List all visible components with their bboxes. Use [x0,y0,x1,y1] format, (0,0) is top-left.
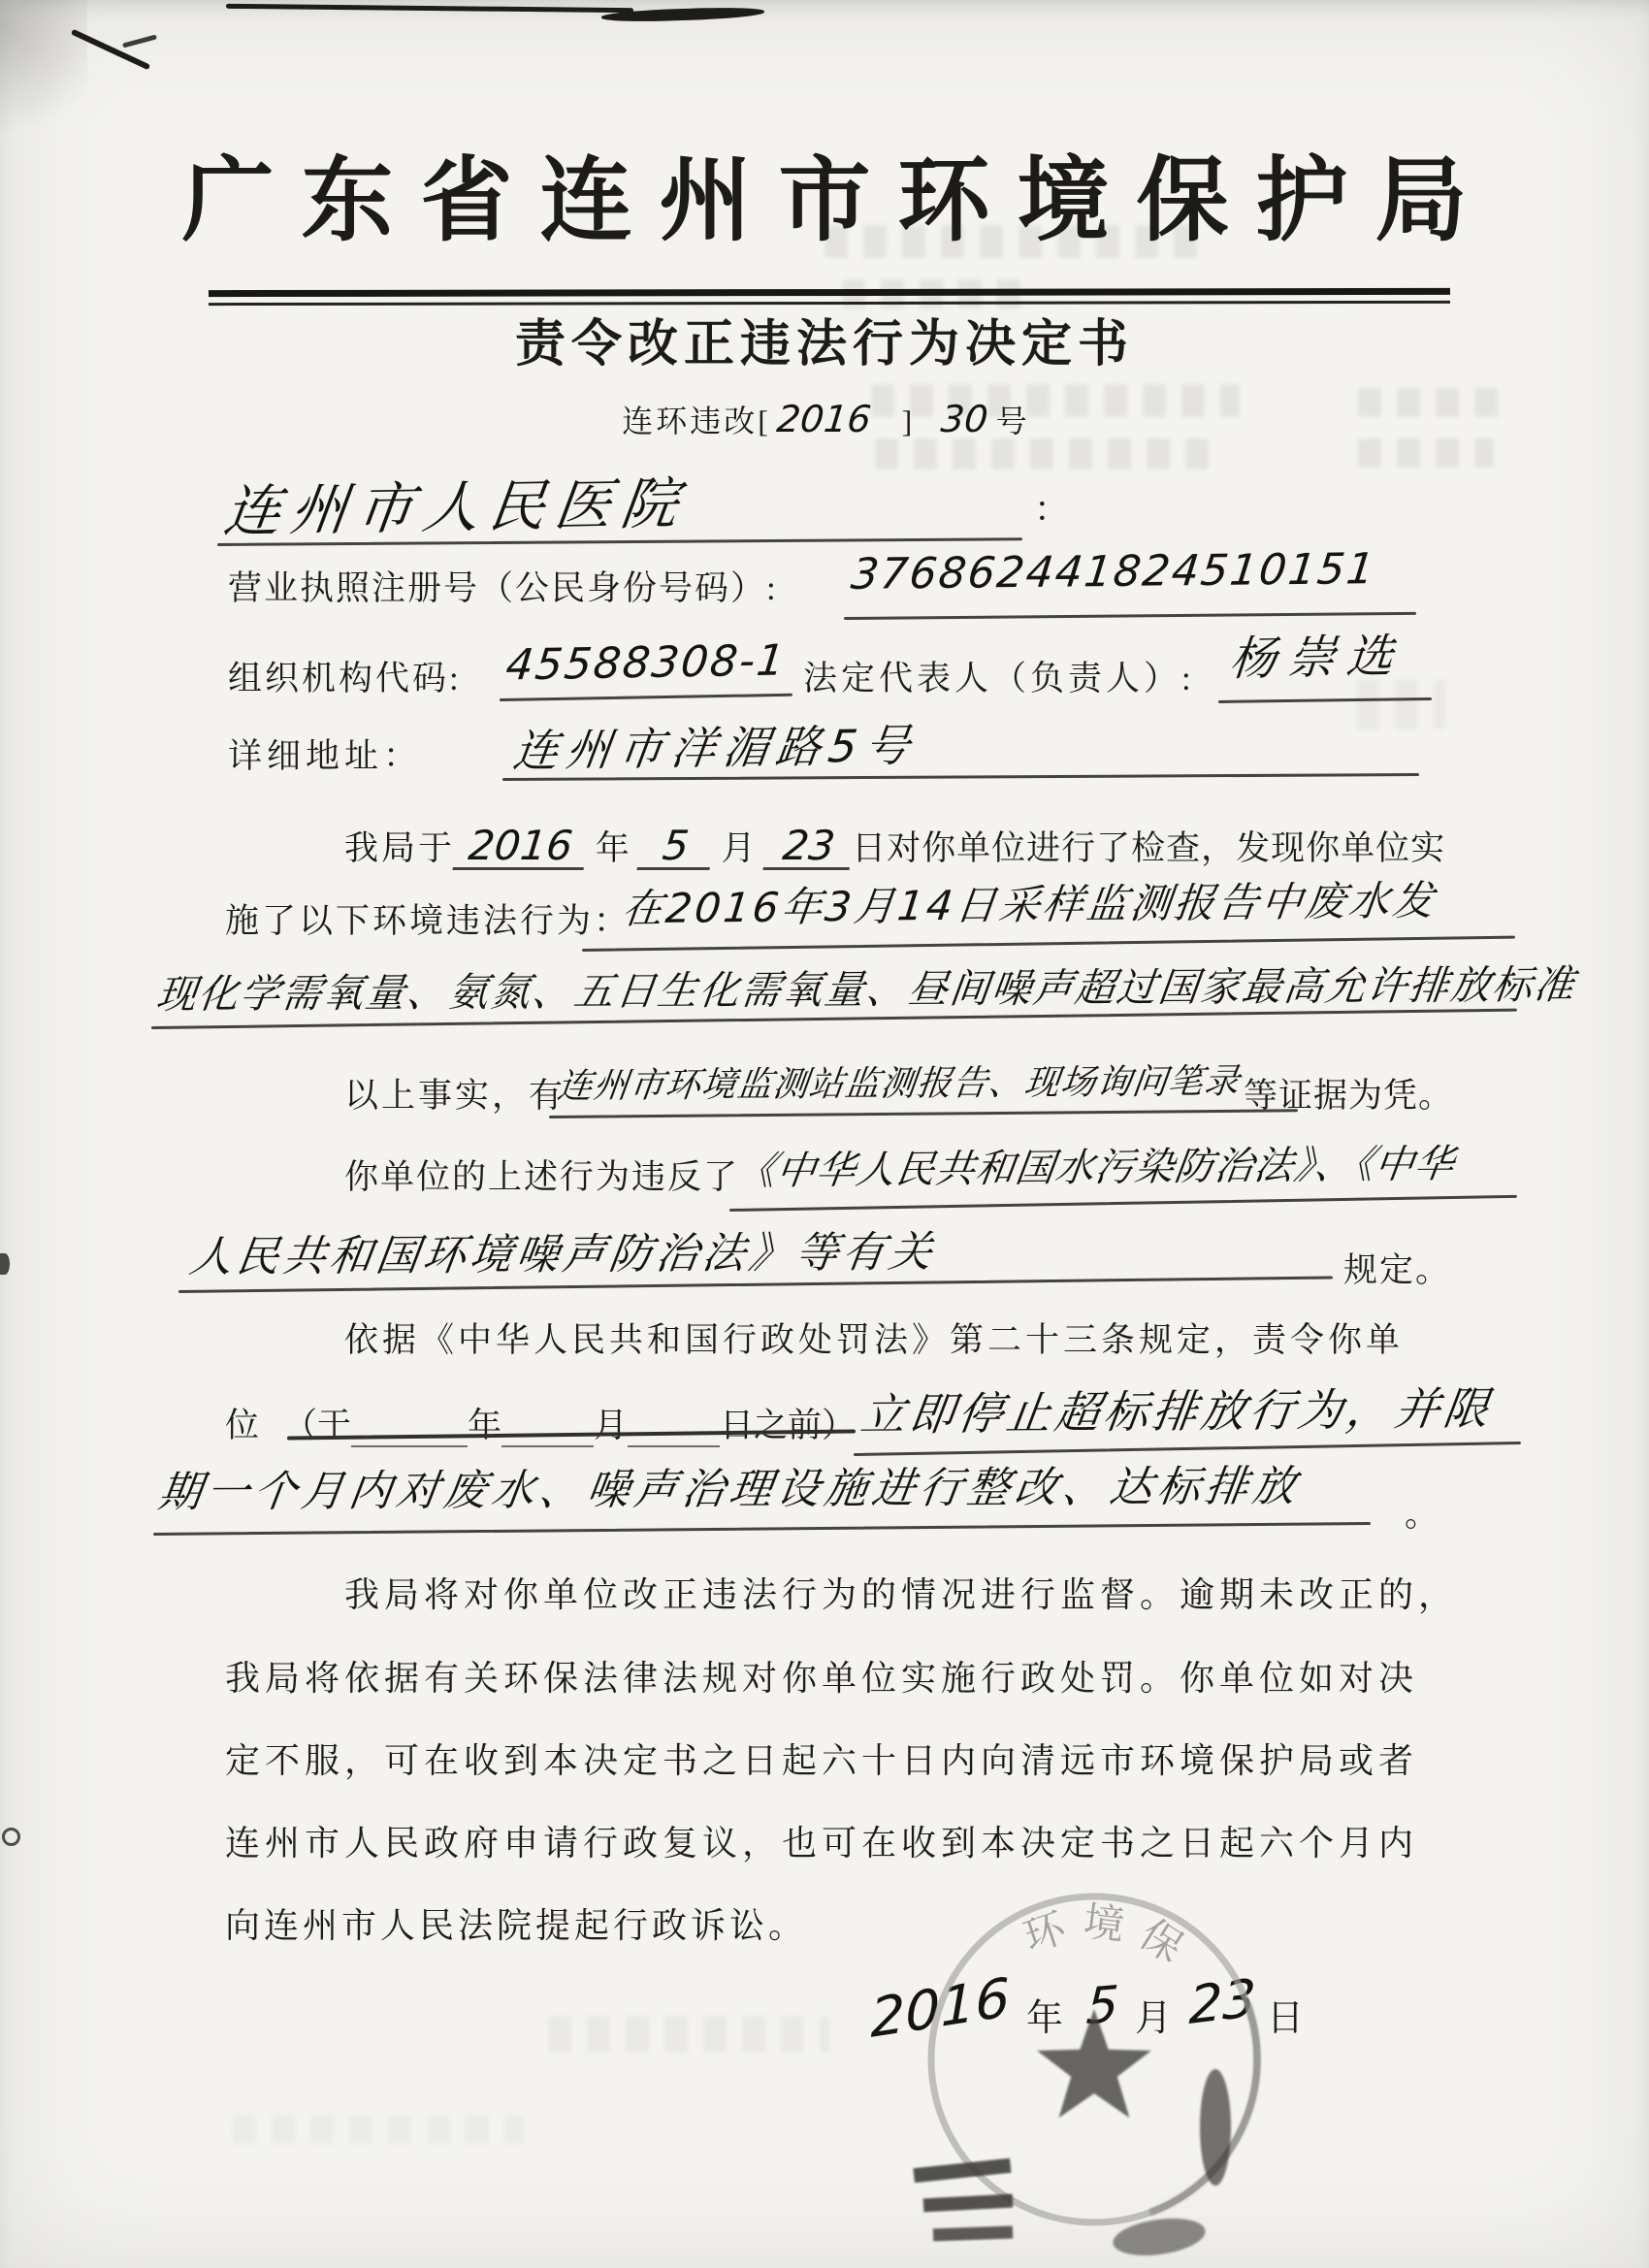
license-value-handwritten: 376862441824510151 [849,546,1378,599]
doc-number-suffix: 号 [996,402,1027,440]
order-line1: 依据《中华人民共和国行政处罚法》第二十三条规定，责令你单 [344,1319,1404,1362]
order-struck-p3: 月 [594,1405,628,1447]
bleed-through-ghost [1356,679,1445,729]
inspection-month-handwritten: 5 [636,825,714,870]
evidence-underline [549,1109,1298,1118]
bleed-through-ghost [1358,438,1494,468]
document-title: 责令改正违法行为决定书 [0,313,1649,376]
closing-line-1: 我局将对你单位改正违法行为的情况进行监督。逾期未改正的， [344,1573,1458,1617]
recipient-colon: ： [1034,488,1069,532]
doc-number-prefix: 连环违改[ [622,402,771,440]
org-code-underline [500,694,792,701]
scan-edge-streak [226,4,633,13]
closing-line-4: 连州市人民政府申请行政复议，也可在收到本决定书之日起六个月内 [225,1822,1418,1865]
license-underline [844,612,1416,620]
evidence-suffix: 等证据为凭。 [1244,1075,1453,1118]
order-handwritten-line1: 立即停止超标排放行为，并限 [857,1384,1496,1440]
bleed-through-ghost [875,438,1224,470]
breach-handwritten-line2: 人民共和国环境噪声防治法》等有关 [186,1229,938,1281]
inspection-prefix: 我局于 [344,827,455,870]
address-label: 详细地址： [228,735,422,778]
agency-title: 广东省连州市环境保护局 [0,144,1649,259]
seal-arc-text-wrap: 环境保 [1018,1899,1202,1979]
closing-line-5: 向连州市人民法院提起行政诉讼。 [225,1904,807,1948]
inspection-line: 我局于 2016 年 5 月 23 日对你单位进行了检查，发现你单位实 [344,825,1445,870]
bleed-through-ghost [233,2115,524,2144]
seal-ink-bar [933,2226,1013,2242]
order-blank-year [351,1412,468,1447]
order-struck-p2: 年 [468,1405,501,1447]
scanned-document-page: 广东省连州市环境保护局 责令改正违法行为决定书 连环违改[ 2016 ] 30 … [0,0,1649,2268]
order-period: 。 [1405,1494,1439,1537]
closing-line-3: 定不服，可在收到本决定书之日起六十日内向清远市环境保护局或者 [225,1739,1418,1783]
seal-ink-bar [913,2158,1011,2183]
doc-number-year-handwritten: 2016 [775,400,873,440]
edge-blot [2,1828,20,1846]
inspection-tail: 日对你单位进行了检查，发现你单位实 [852,827,1445,870]
bleed-through-ghost [548,2016,829,2053]
seal-ink-blotch [1200,2069,1231,2186]
evidence-prefix: 以上事实，有 [344,1075,566,1118]
order-underline-1 [854,1442,1521,1456]
order-underline-2 [153,1522,1371,1536]
doc-number-bracket: ] [902,402,913,440]
violation-handwritten-line1: 在2016年3月14日采样监测报告中废水发 [620,879,1439,932]
breach-handwritten-line1: 《中华人民共和国水污染防治法》、《中华 [734,1143,1458,1193]
evidence-handwritten: 连州市环境监测站监测报告、现场询问笔录 [555,1063,1242,1107]
scratch-mark [122,34,157,48]
org-code-label: 组织机构代码: [228,658,462,700]
edge-blot [0,1253,10,1275]
closing-line-2: 我局将依据有关环保法律法规对你单位实施行政处罚。你单位如对决 [225,1657,1418,1701]
header-rule-thick [209,288,1450,297]
doc-number-line: 连环违改[ 2016 ] 30 号 [0,400,1649,440]
seal-star-icon [1037,2009,1151,2118]
license-label: 营业执照注册号（公民身份号码）: [228,567,778,610]
violation-underline-1 [582,936,1515,952]
legal-rep-label: 法定代表人（负责人）: [803,658,1195,700]
official-seal: 环境保 [912,1880,1290,2266]
header-rule-thin [209,301,1450,306]
breach-underline-1 [729,1195,1517,1212]
order-handwritten-line2: 期一个月内对废水、噪声治理设施进行整改、达标排放 [155,1464,1303,1517]
inspection-year-unit: 年 [596,827,630,870]
address-value-handwritten: 连州市洋湄路5号 [510,721,920,775]
recipient-name-handwritten: 连州市人民医院 [221,473,692,543]
breach-suffix: 规定。 [1343,1249,1451,1292]
inspection-month-unit: 月 [722,827,756,870]
order-blank-month [501,1412,594,1447]
order-struck-p1: （于 [283,1405,351,1447]
violation-label: 施了以下环境违法行为： [225,900,630,943]
breach-prefix: 你单位的上述行为违反了 [344,1156,739,1199]
order-blank-day [628,1412,720,1447]
legal-rep-value-handwritten: 杨崇选 [1228,631,1407,685]
inspection-year-handwritten: 2016 [453,825,589,870]
order-line2-prefix: 位 [225,1405,259,1447]
order-struck-segment: （于 年 月 日之前） [283,1405,856,1447]
inspection-day-handwritten: 23 [762,825,854,870]
org-code-value-handwritten: 45588308-1 [503,637,788,689]
doc-number-serial-handwritten: 30 [939,400,989,440]
seal-ink-bar [923,2194,1014,2213]
seal-arc-text: 环境保 [1018,1899,1202,1979]
order-struck-p4: 日之前） [720,1405,856,1447]
corner-smudge [0,0,87,155]
violation-handwritten-line2: 现化学需氧量、氨氮、五日生化需氧量、昼间噪声超过国家最高允许排放标准 [154,963,1578,1017]
